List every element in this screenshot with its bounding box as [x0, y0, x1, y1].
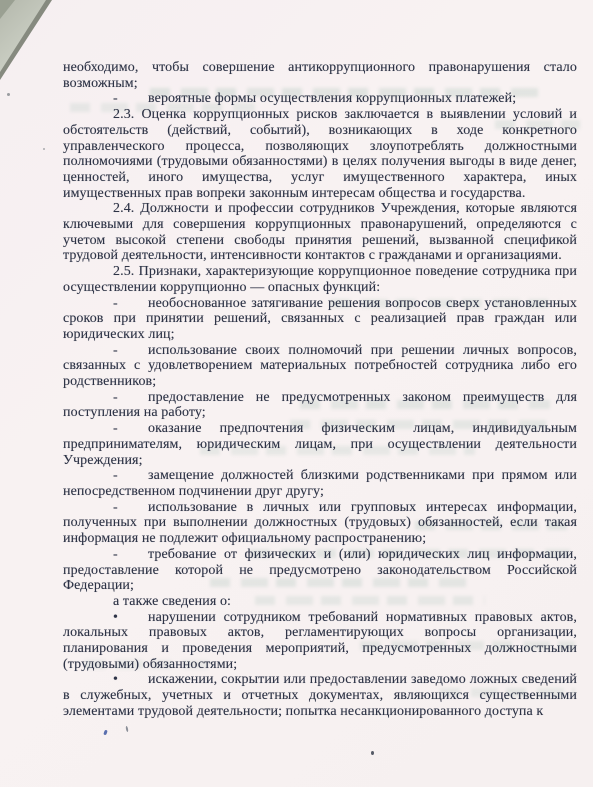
- scanned-page: необходимо, чтобы совершение антикоррупц…: [0, 0, 593, 787]
- ink-speck: [43, 148, 45, 150]
- page-corner-fold: [0, 0, 60, 90]
- paragraph: -замещение должностей близкими родственн…: [63, 468, 577, 499]
- paragraph: -использование в личных или групповых ин…: [63, 500, 577, 547]
- paragraph: 2.4. Должности и профессии сотрудников У…: [63, 201, 577, 264]
- paragraph: 2.3. Оценка коррупционных рисков заключа…: [63, 107, 577, 201]
- list-marker: •: [113, 672, 148, 688]
- list-marker: -: [113, 390, 148, 406]
- paragraph: -необоснованное затягивание решения вопр…: [63, 296, 577, 343]
- paragraph: -требование от физических и (или) юридич…: [63, 547, 577, 594]
- paragraph: -использование своих полномочий при реше…: [63, 343, 577, 390]
- list-marker: -: [113, 500, 148, 516]
- list-marker: -: [113, 343, 148, 359]
- paragraph: 2.5. Признаки, характеризующие коррупцио…: [63, 264, 577, 295]
- paragraph-text: 2.5. Признаки, характеризующие коррупцио…: [63, 264, 577, 295]
- list-marker: -: [113, 547, 148, 563]
- list-marker: -: [113, 296, 148, 312]
- paragraph-text: 2.4. Должности и профессии сотрудников У…: [63, 201, 577, 263]
- paragraph: а также сведения о:: [63, 594, 577, 610]
- list-marker: -: [113, 91, 148, 107]
- list-marker: •: [113, 610, 148, 626]
- ink-speck: [7, 93, 10, 96]
- list-marker: -: [113, 468, 148, 484]
- list-marker: -: [113, 421, 148, 437]
- ink-speck: [103, 730, 108, 736]
- paragraph: -вероятные формы осуществления коррупцио…: [63, 91, 577, 107]
- paragraph: необходимо, чтобы совершение антикоррупц…: [63, 60, 577, 91]
- paragraph: -оказание предпочтения физическим лицам,…: [63, 421, 577, 468]
- paragraph-text: вероятные формы осуществления коррупцион…: [148, 91, 516, 106]
- paragraph-text: 2.3. Оценка коррупционных рисков заключа…: [63, 107, 577, 201]
- document-text: необходимо, чтобы совершение антикоррупц…: [63, 60, 577, 720]
- paragraph: •искажении, сокрытии или предоставлении …: [63, 672, 577, 719]
- paragraph-text: а также сведения о:: [113, 594, 231, 609]
- ink-speck: [125, 726, 128, 732]
- paragraph: •нарушении сотрудником требований нормат…: [63, 610, 577, 673]
- paragraph-text: необходимо, чтобы совершение антикоррупц…: [63, 60, 577, 91]
- paragraph: -предоставление не предусмотренных закон…: [63, 390, 577, 421]
- ink-speck: [371, 751, 374, 755]
